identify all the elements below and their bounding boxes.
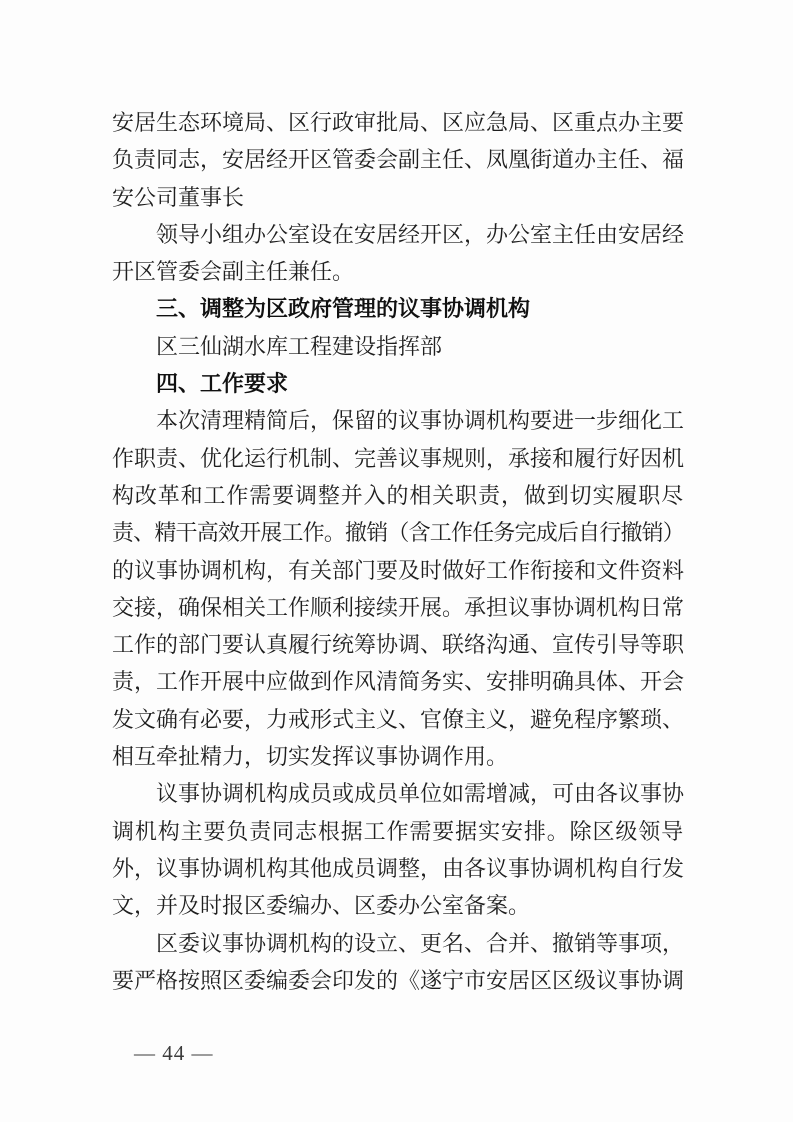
text-line-content: 外，议事协调机构其他成员调整，由各议事协调机构自行发 [112, 856, 684, 881]
text-line: 要严格按照区委编委会印发的《遂宁市安居区区级议事协调 [112, 962, 684, 999]
text-line-content: 相互牵扯精力，切实发挥议事协调作用。 [112, 744, 508, 769]
paragraph: 安居生态环境局、区行政审批局、区应急局、区重点办主要负责同志，安居经开区管委会副… [112, 104, 684, 216]
text-line-content: 交接，确保相关工作顺利接续开展。承担议事协调机构日常 [112, 595, 684, 620]
text-line: 责，工作开展中应做到作风清简务实、安排明确具体、开会 [112, 663, 684, 700]
text-line-content: 责，工作开展中应做到作风清简务实、安排明确具体、开会 [112, 669, 684, 694]
paragraph: 区三仙湖水库工程建设指挥部 [112, 328, 684, 365]
section-heading: 四、工作要求 [112, 365, 684, 402]
text-line-content: 开区管委会副主任兼任。 [112, 259, 354, 284]
text-line: 安公司董事长 [112, 179, 684, 216]
text-line: 发文确有必要，力戒形式主义、官僚主义，避免程序繁琐、 [112, 701, 684, 738]
text-line-content: 调机构主要负责同志根据工作需要据实安排。除区级领导 [112, 819, 684, 844]
text-line-content: 要严格按照区委编委会印发的《遂宁市安居区区级议事协调 [112, 968, 684, 993]
text-line: 交接，确保相关工作顺利接续开展。承担议事协调机构日常 [112, 589, 684, 626]
text-line-content: 本次清理精简后，保留的议事协调机构要进一步细化工 [156, 408, 684, 433]
text-line: 区三仙湖水库工程建设指挥部 [112, 328, 684, 365]
text-line: 议事协调机构成员或成员单位如需增减，可由各议事协 [112, 775, 684, 812]
text-line-content: 文，并及时报区委编办、区委办公室备案。 [112, 893, 530, 918]
text-line-content: 作职责、优化运行机制、完善议事规则，承接和履行好因机 [112, 446, 684, 471]
document-page: 安居生态环境局、区行政审批局、区应急局、区重点办主要负责同志，安居经开区管委会副… [0, 0, 793, 1122]
text-line: 外，议事协调机构其他成员调整，由各议事协调机构自行发 [112, 850, 684, 887]
page-number: — 44 — [134, 1038, 214, 1068]
text-line: 本次清理精简后，保留的议事协调机构要进一步细化工 [112, 402, 684, 439]
text-line: 的议事协调机构，有关部门要及时做好工作衔接和文件资料 [112, 552, 684, 589]
paragraph: 领导小组办公室设在安居经开区，办公室主任由安居经开区管委会副主任兼任。 [112, 216, 684, 291]
text-line: 构改革和工作需要调整并入的相关职责，做到切实履职尽 [112, 477, 684, 514]
text-line: 三、调整为区政府管理的议事协调机构 [112, 290, 684, 327]
text-line: 调机构主要负责同志根据工作需要据实安排。除区级领导 [112, 813, 684, 850]
text-line-content: 安居生态环境局、区行政审批局、区应急局、区重点办主要 [112, 110, 684, 135]
text-line-content: 领导小组办公室设在安居经开区，办公室主任由安居经 [156, 222, 684, 247]
text-line-content: 构改革和工作需要调整并入的相关职责，做到切实履职尽 [112, 483, 684, 508]
text-line: 区委议事协调机构的设立、更名、合并、撤销等事项， [112, 925, 684, 962]
text-line-content: 议事协调机构成员或成员单位如需增减，可由各议事协 [156, 781, 684, 806]
text-line: 责、精干高效开展工作。撤销（含工作任务完成后自行撤销） [112, 514, 684, 551]
text-line-content: 三、调整为区政府管理的议事协调机构 [156, 296, 530, 321]
text-line-content: 区委议事协调机构的设立、更名、合并、撤销等事项， [156, 931, 684, 956]
text-line: 领导小组办公室设在安居经开区，办公室主任由安居经 [112, 216, 684, 253]
text-line-content: 发文确有必要，力戒形式主义、官僚主义，避免程序繁琐、 [112, 707, 684, 732]
paragraph: 本次清理精简后，保留的议事协调机构要进一步细化工作职责、优化运行机制、完善议事规… [112, 402, 684, 775]
document-body: 安居生态环境局、区行政审批局、区应急局、区重点办主要负责同志，安居经开区管委会副… [112, 104, 684, 999]
text-line: 作职责、优化运行机制、完善议事规则，承接和履行好因机 [112, 440, 684, 477]
text-line-content: 的议事协调机构，有关部门要及时做好工作衔接和文件资料 [112, 558, 684, 583]
text-line-content: 区三仙湖水库工程建设指挥部 [156, 334, 442, 359]
paragraph: 议事协调机构成员或成员单位如需增减，可由各议事协调机构主要负责同志根据工作需要据… [112, 775, 684, 924]
text-line-content: 责、精干高效开展工作。撤销（含工作任务完成后自行撤销） [112, 520, 684, 545]
section-heading: 三、调整为区政府管理的议事协调机构 [112, 290, 684, 327]
text-line-content: 工作的部门要认真履行统筹协调、联络沟通、宣传引导等职 [112, 632, 684, 657]
text-line: 安居生态环境局、区行政审批局、区应急局、区重点办主要 [112, 104, 684, 141]
text-line: 文，并及时报区委编办、区委办公室备案。 [112, 887, 684, 924]
text-line: 负责同志，安居经开区管委会副主任、凤凰街道办主任、福 [112, 141, 684, 178]
text-line: 相互牵扯精力，切实发挥议事协调作用。 [112, 738, 684, 775]
text-line: 开区管委会副主任兼任。 [112, 253, 684, 290]
text-line-content: 安公司董事长 [112, 185, 244, 210]
text-line: 四、工作要求 [112, 365, 684, 402]
text-line-content: 负责同志，安居经开区管委会副主任、凤凰街道办主任、福 [112, 147, 684, 172]
text-line-content: 四、工作要求 [156, 371, 288, 396]
text-line: 工作的部门要认真履行统筹协调、联络沟通、宣传引导等职 [112, 626, 684, 663]
paragraph: 区委议事协调机构的设立、更名、合并、撤销等事项，要严格按照区委编委会印发的《遂宁… [112, 925, 684, 1000]
